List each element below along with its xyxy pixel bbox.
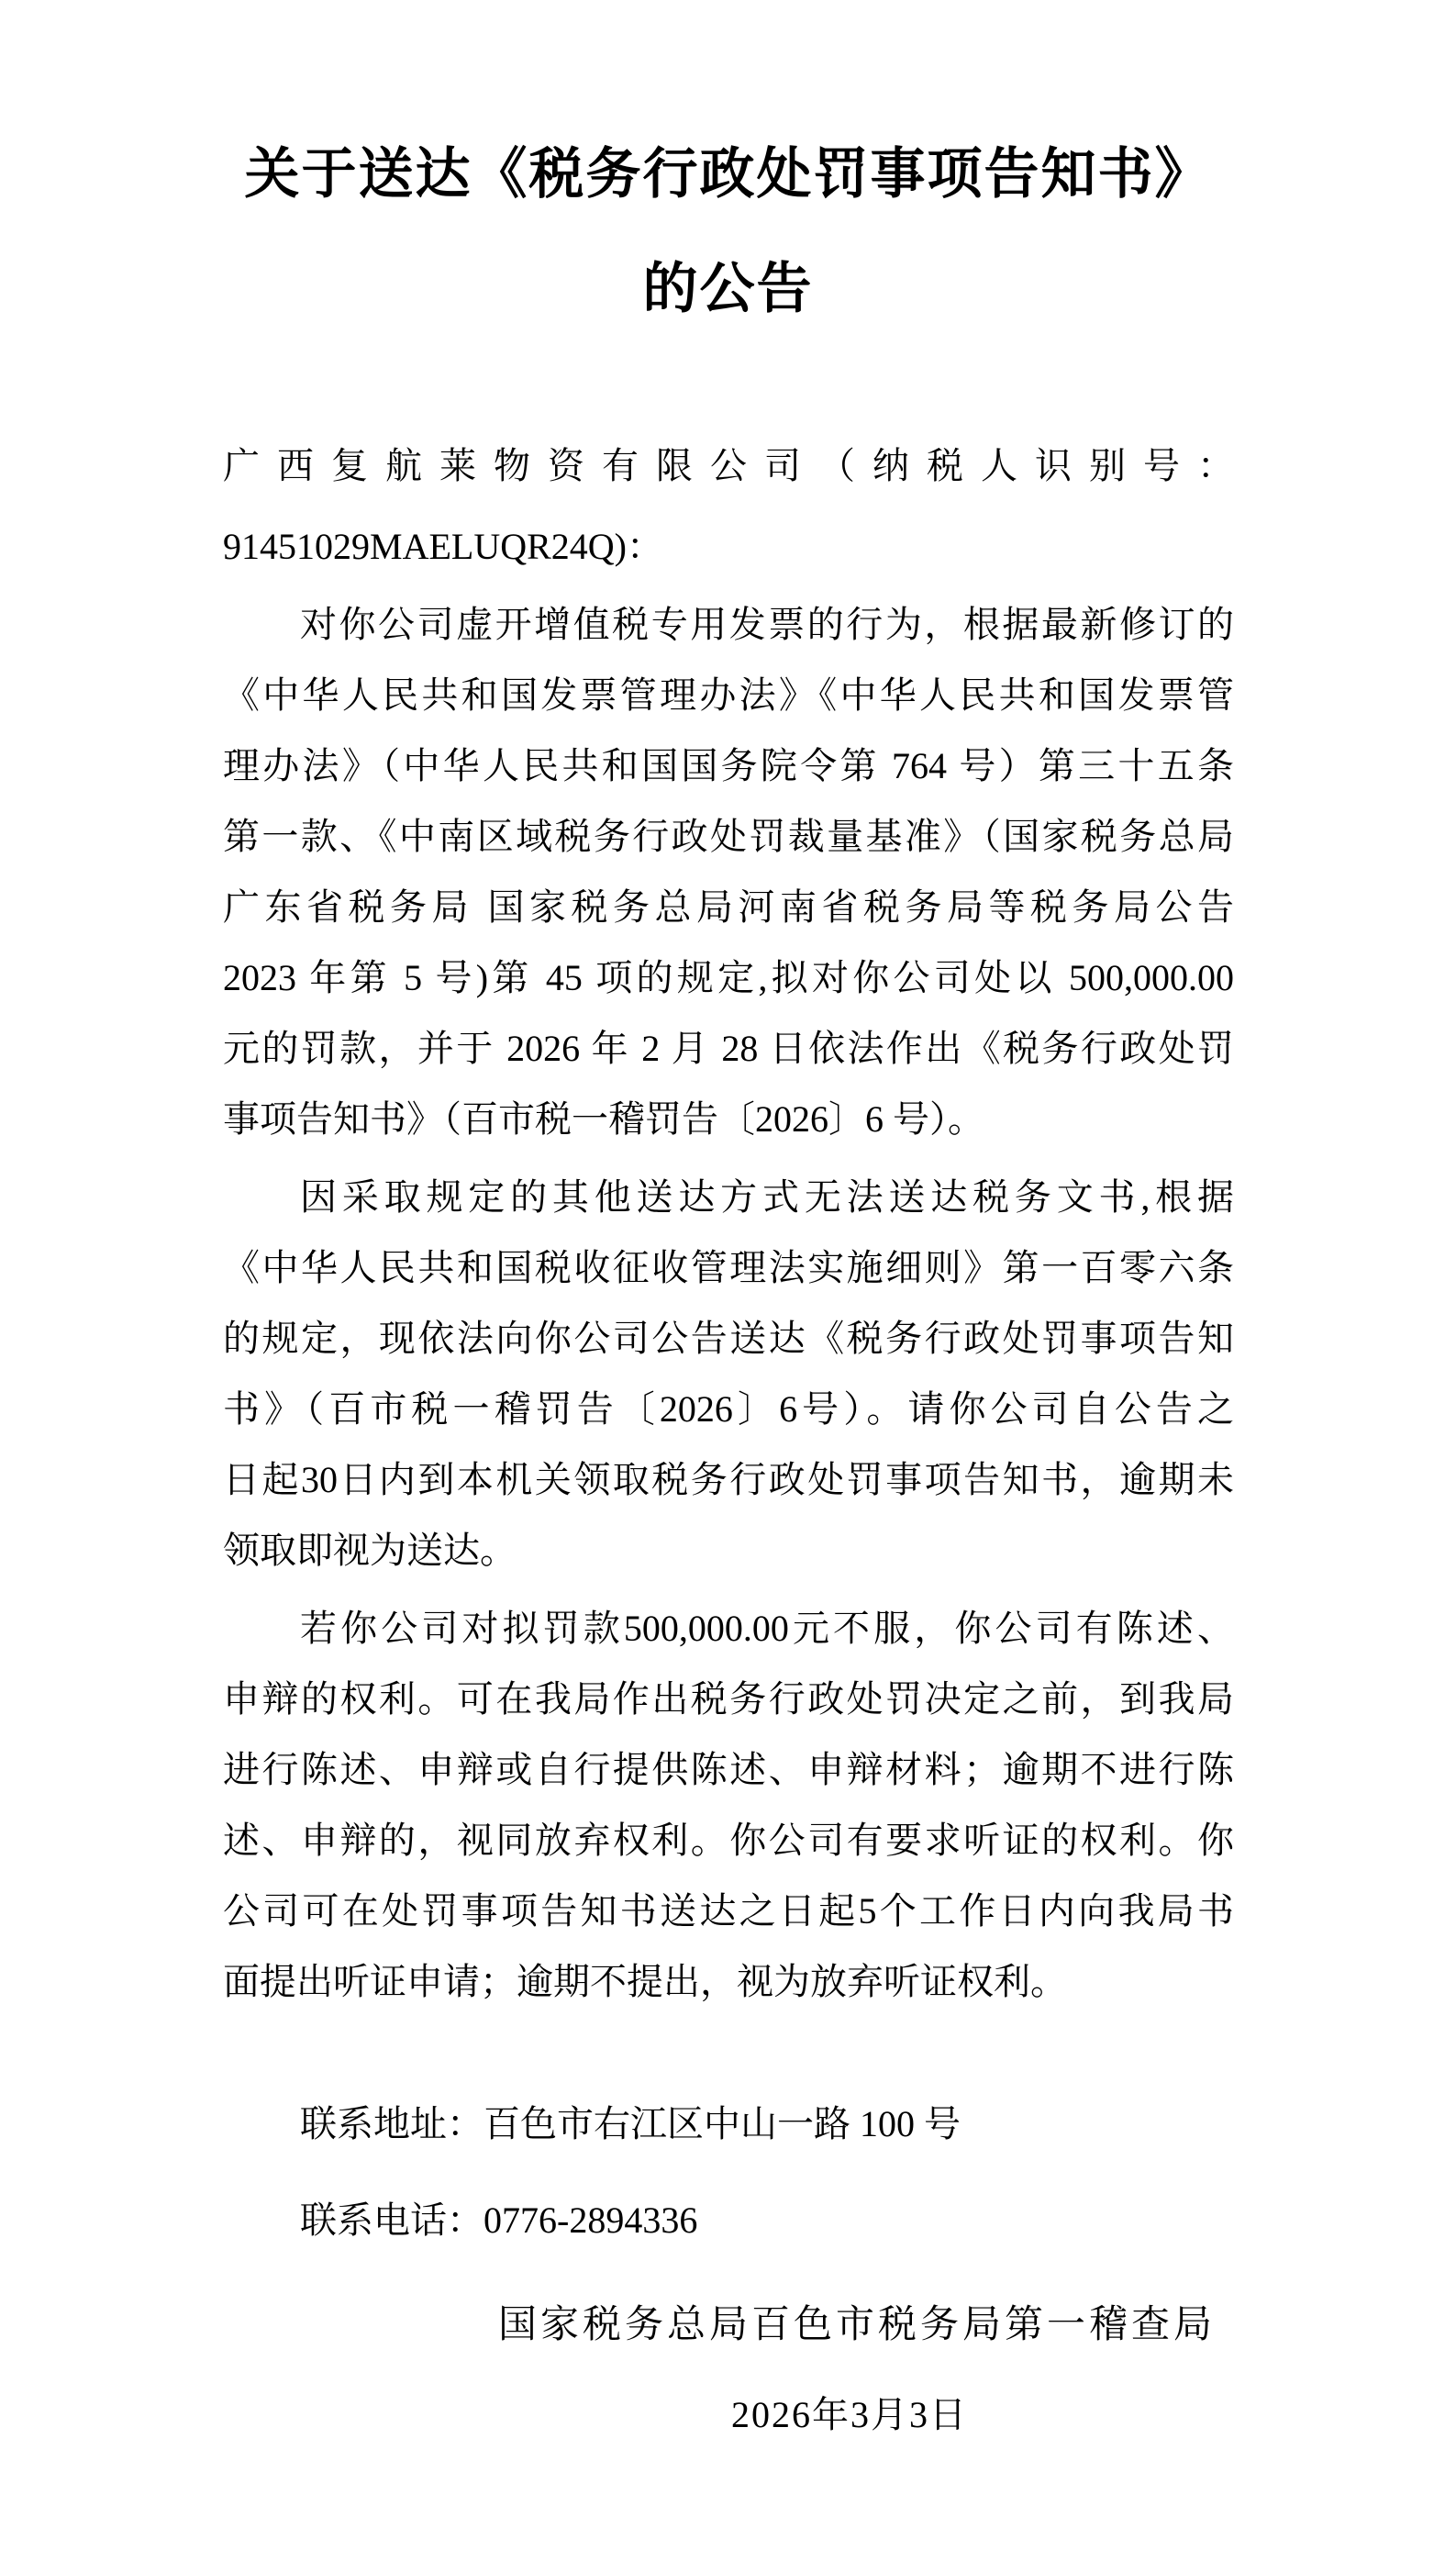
paragraph-line: 理办法》（中华人民共和国国务院令第 764 号）第三十五条 [223, 730, 1234, 801]
paragraph-line: 公司可在处罚事项告知书送达之日起5个工作日内向我局书 [223, 1876, 1234, 1946]
paragraph-line: 第一款、《中南区域税务行政处罚裁量基准》（国家税务总局 [223, 801, 1234, 872]
paragraph-rights-hearing: 若你公司对拟罚款500,000.00元不服，你公司有陈述、申辩的权利。可在我局作… [223, 1593, 1234, 2017]
title-line-1: 关于送达《税务行政处罚事项告知书》 [0, 117, 1456, 232]
paragraph-line: 《中华人民共和国发票管理办法》《中华人民共和国发票管 [223, 660, 1234, 730]
paragraph-line: 事项告知书》（百市税一稽罚告〔2026〕6 号）。 [223, 1084, 1234, 1154]
signature-block: 国家税务总局百色市税务局第一稽查局 2026年3月3日 [223, 2281, 1234, 2459]
issue-date: 2026年3月3日 [223, 2370, 1234, 2459]
document-title: 关于送达《税务行政处罚事项告知书》 的公告 [0, 117, 1456, 347]
paragraph-line: 《中华人民共和国税收征收管理法实施细则》第一百零六条 [223, 1232, 1234, 1303]
paragraph-penalty-basis: 对你公司虚开增值税专用发票的行为，根据最新修订的《中华人民共和国发票管理办法》《… [223, 589, 1234, 1154]
paragraph-line: 广东省税务局 国家税务总局河南省税务局等税务局公告 [223, 872, 1234, 942]
paragraph-line: 因采取规定的其他送达方式无法送达税务文书,根据 [223, 1162, 1234, 1232]
addressee-block: 广西复航莱物资有限公司（纳税人识别号： 91451029MAELUQR24Q)： [223, 426, 1234, 587]
paragraph-line: 对你公司虚开增值税专用发票的行为，根据最新修订的 [223, 589, 1234, 660]
title-line-2: 的公告 [0, 232, 1456, 347]
addressee-taxid-line: 91451029MAELUQR24Q)： [223, 507, 1234, 587]
issuer-name: 国家税务总局百色市税务局第一稽查局 [223, 2281, 1234, 2370]
announcement-document: 关于送达《税务行政处罚事项告知书》 的公告 广西复航莱物资有限公司（纳税人识别号… [0, 0, 1456, 2561]
addressee-company-line: 广西复航莱物资有限公司（纳税人识别号： [223, 426, 1234, 507]
paragraph-line: 2023 年第 5 号)第 45 项的规定,拟对你公司处以 500,000.00 [223, 942, 1234, 1013]
paragraph-line: 述、申辩的，视同放弃权利。你公司有要求听证的权利。你 [223, 1805, 1234, 1876]
contact-info: 联系地址：百色市右江区中山一路 100 号 联系电话：0776-2894336 [223, 2076, 1234, 2268]
paragraph-line: 面提出听证申请；逾期不提出，视为放弃听证权利。 [223, 1946, 1234, 2017]
paragraph-line: 的规定，现依法向你公司公告送达《税务行政处罚事项告知 [223, 1303, 1234, 1374]
paragraph-line: 书》（百市税一稽罚告〔2026〕6号）。请你公司自公告之 [223, 1374, 1234, 1444]
contact-phone: 联系电话：0776-2894336 [223, 2172, 1234, 2268]
paragraph-line: 若你公司对拟罚款500,000.00元不服，你公司有陈述、 [223, 1593, 1234, 1664]
paragraph-line: 申辩的权利。可在我局作出税务行政处罚决定之前，到我局 [223, 1664, 1234, 1734]
paragraph-public-service: 因采取规定的其他送达方式无法送达税务文书,根据《中华人民共和国税收征收管理法实施… [223, 1162, 1234, 1586]
paragraph-line: 进行陈述、申辩或自行提供陈述、申辩材料；逾期不进行陈 [223, 1734, 1234, 1805]
paragraph-line: 元的罚款，并于 2026 年 2 月 28 日依法作出《税务行政处罚 [223, 1013, 1234, 1084]
contact-address: 联系地址：百色市右江区中山一路 100 号 [223, 2076, 1234, 2172]
paragraph-line: 领取即视为送达。 [223, 1515, 1234, 1586]
paragraph-line: 日起30日内到本机关领取税务行政处罚事项告知书，逾期未 [223, 1444, 1234, 1515]
